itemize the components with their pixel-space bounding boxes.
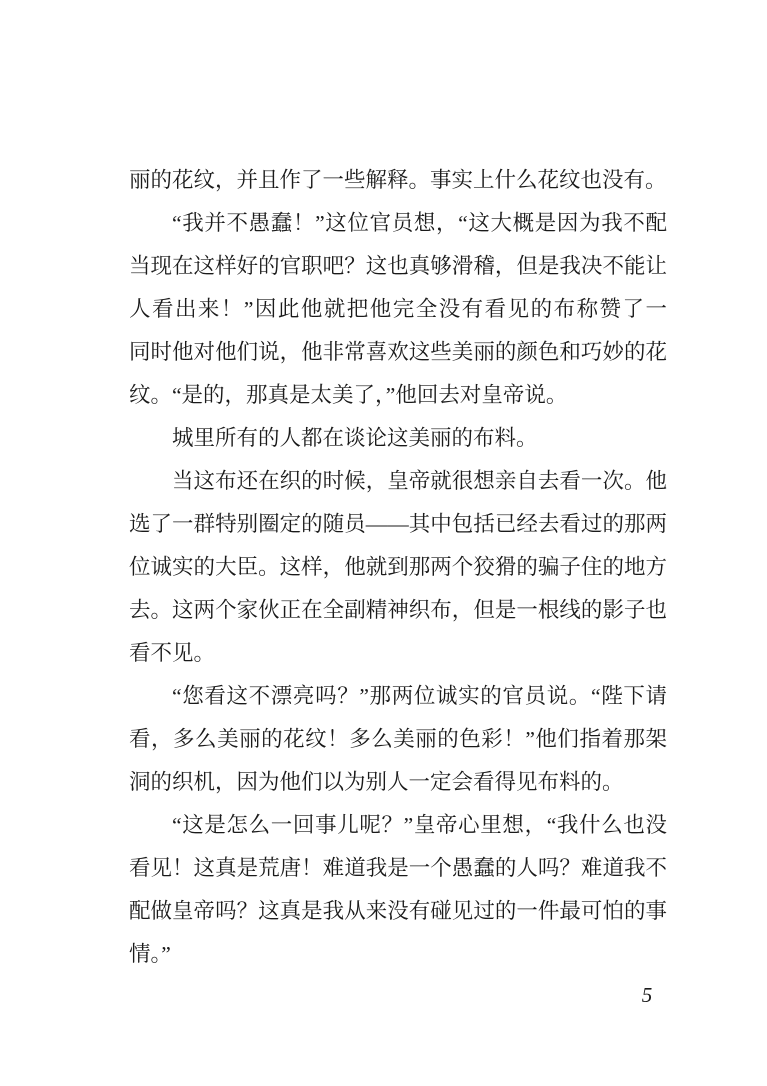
text-line: 城里所有的人都在谈论这美丽的布料。: [129, 417, 667, 460]
text-line: 当现在这样好的官职吧？这也真够滑稽，但是我决不能让: [129, 245, 667, 288]
text-line: “这是怎么一回事儿呢？”皇帝心里想，“我什么也没有: [129, 804, 667, 847]
text-line: 丽的花纹，并且作了一些解释。事实上什么花纹也没有。: [129, 159, 667, 202]
text-line: 配做皇帝吗？这真是我从来没有碰见过的一件最可怕的事: [129, 890, 667, 933]
text-line: 选了一群特别圈定的随员——其中包括已经去看过的那两: [129, 503, 667, 546]
text-line: 情。”: [129, 933, 667, 976]
page-number: 5: [628, 983, 666, 1008]
text-line: 洞的织机，因为他们以为别人一定会看得见布料的。: [129, 761, 667, 804]
text-line: “我并不愚蠢！”这位官员想，“这大概是因为我不配担: [129, 202, 667, 245]
text-line: 看，多么美丽的花纹！多么美丽的色彩！”他们指着那架空: [129, 718, 667, 761]
text-line: 去。这两个家伙正在全副精神织布，但是一根线的影子也: [129, 589, 667, 632]
text-line: 看见！这真是荒唐！难道我是一个愚蠢的人吗？难道我不: [129, 847, 667, 890]
text-line: 同时他对他们说，他非常喜欢这些美丽的颜色和巧妙的花: [129, 331, 667, 374]
text-line: 看不见。: [129, 632, 667, 675]
text-line: 位诚实的大臣。这样，他就到那两个狡猾的骗子住的地方: [129, 546, 667, 589]
text-line: 当这布还在织的时候，皇帝就很想亲自去看一次。他: [129, 460, 667, 503]
text-line: “您看这不漂亮吗？”那两位诚实的官员说。“陛下请: [129, 675, 667, 718]
document-page: 丽的花纹，并且作了一些解释。事实上什么花纹也没有。“我并不愚蠢！”这位官员想，“…: [0, 0, 767, 1086]
text-block: 丽的花纹，并且作了一些解释。事实上什么花纹也没有。“我并不愚蠢！”这位官员想，“…: [129, 159, 667, 976]
text-line: 纹。“是的，那真是太美了，”他回去对皇帝说。: [129, 374, 667, 417]
text-line: 人看出来！”因此他就把他完全没有看见的布称赞了一番，: [129, 288, 667, 331]
